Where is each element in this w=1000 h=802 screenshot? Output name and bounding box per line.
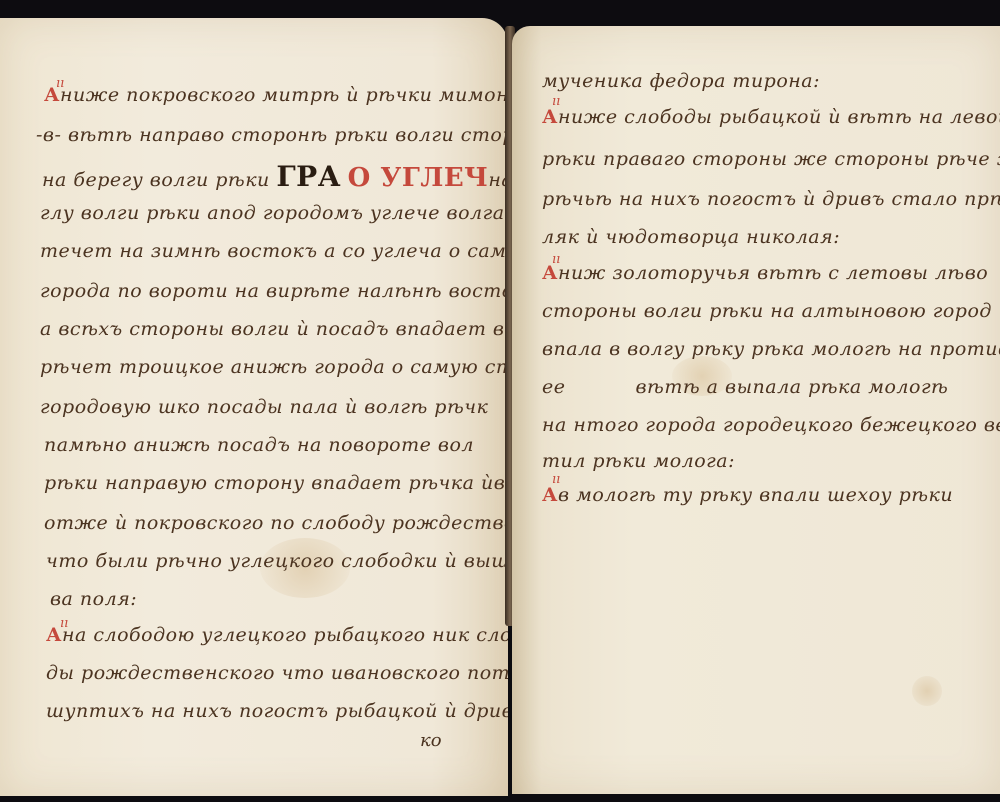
right-page-text: мученика федора тирона: ıı Аниже слободы…	[512, 26, 1000, 794]
manuscript-line: памѣно анижѣ посадъ на повороте вол	[44, 434, 474, 456]
manuscript-line: рѣки направую сторону впадает рѣчка ѝван…	[44, 472, 508, 494]
manuscript-line: рѣчет троицкое анижѣ города о самую стѣн…	[40, 356, 508, 378]
manuscript-line: шуптихъ на нихъ погостъ рыбацкой ѝ дривъ…	[46, 700, 508, 722]
manuscript-line: на берегу волги рѣки ГРА О УГЛЕЧнагу	[42, 160, 508, 193]
manuscript-line: Аниже слободы рыбацкой ѝ вѣтѣ на левой	[542, 106, 1000, 128]
manuscript-line: мученика федора тирона:	[542, 70, 820, 92]
manuscript-line: Аниж золоторучья вѣтѣ с летовы лѣво	[542, 262, 988, 284]
red-initial: А	[44, 84, 60, 106]
manuscript-line: на нтого города городецкого бежецкого ве…	[542, 414, 1000, 436]
catchword: ко	[420, 730, 442, 751]
red-initial: А	[46, 624, 62, 646]
heading-gorod: ГРА	[276, 160, 341, 193]
manuscript-line: Ана слободою углецкого рыбацкого ник сло…	[46, 624, 508, 646]
manuscript-line: впала в волгу рѣку рѣка мологѣ на против…	[542, 338, 1000, 360]
manuscript-line: Ав мологѣ ту рѣку впали шехоу рѣки	[542, 484, 953, 506]
manuscript-line: Аниже покровского митрѣ ѝ рѣчки мимоны	[44, 84, 508, 106]
manuscript-line: течет на зимнѣ востокъ а со углеча о сам…	[40, 240, 508, 262]
left-page-text: ıı Аниже покровского митрѣ ѝ рѣчки мимон…	[0, 18, 508, 796]
red-initial: А	[542, 484, 558, 506]
manuscript-line: глу волги рѣки апод городомъ углече волг…	[40, 202, 505, 224]
manuscript-line: ва поля:	[50, 588, 137, 610]
red-initial: А	[542, 106, 558, 128]
manuscript-line: что были рѣчно углецкого слободки ѝ выше…	[46, 550, 508, 572]
left-page: ıı Аниже покровского митрѣ ѝ рѣчки мимон…	[0, 18, 508, 796]
right-page: мученика федора тирона: ıı Аниже слободы…	[512, 26, 1000, 794]
red-initial: А	[542, 262, 558, 284]
manuscript-line: города по вороти на вирѣте налѣнѣ восток…	[40, 280, 508, 302]
heading-uglich: О УГЛЕЧ	[348, 163, 489, 193]
manuscript-line: а всѣхъ стороны волги ѝ посадъ впадает в…	[40, 318, 508, 340]
manuscript-line: отже ѝ покровского по слободу рождествен…	[44, 512, 508, 534]
manuscript-line: рѣки праваго стороны же стороны рѣче зол…	[542, 148, 1000, 170]
manuscript-line: стороны волги рѣки на алтыновою город	[542, 300, 992, 322]
manuscript-line: городовую шко посады пала ѝ волгѣ рѣчк	[40, 396, 488, 418]
manuscript-line: рѣчьѣ на нихъ погостъ ѝ дривъ стало прѣа	[542, 188, 1000, 210]
open-manuscript: ıı Аниже покровского митрѣ ѝ рѣчки мимон…	[0, 0, 1000, 802]
manuscript-line: -в- вѣтѣ направо сторонѣ рѣки волги стор	[36, 124, 508, 146]
manuscript-line: ды рождественского что ивановского пот в…	[46, 662, 508, 684]
manuscript-line: еевѣтѣ а выпала рѣка мологѣ	[542, 376, 948, 398]
manuscript-line: тил рѣки молога:	[542, 450, 735, 472]
manuscript-line: ляк ѝ чюдотворца николая:	[542, 226, 840, 248]
